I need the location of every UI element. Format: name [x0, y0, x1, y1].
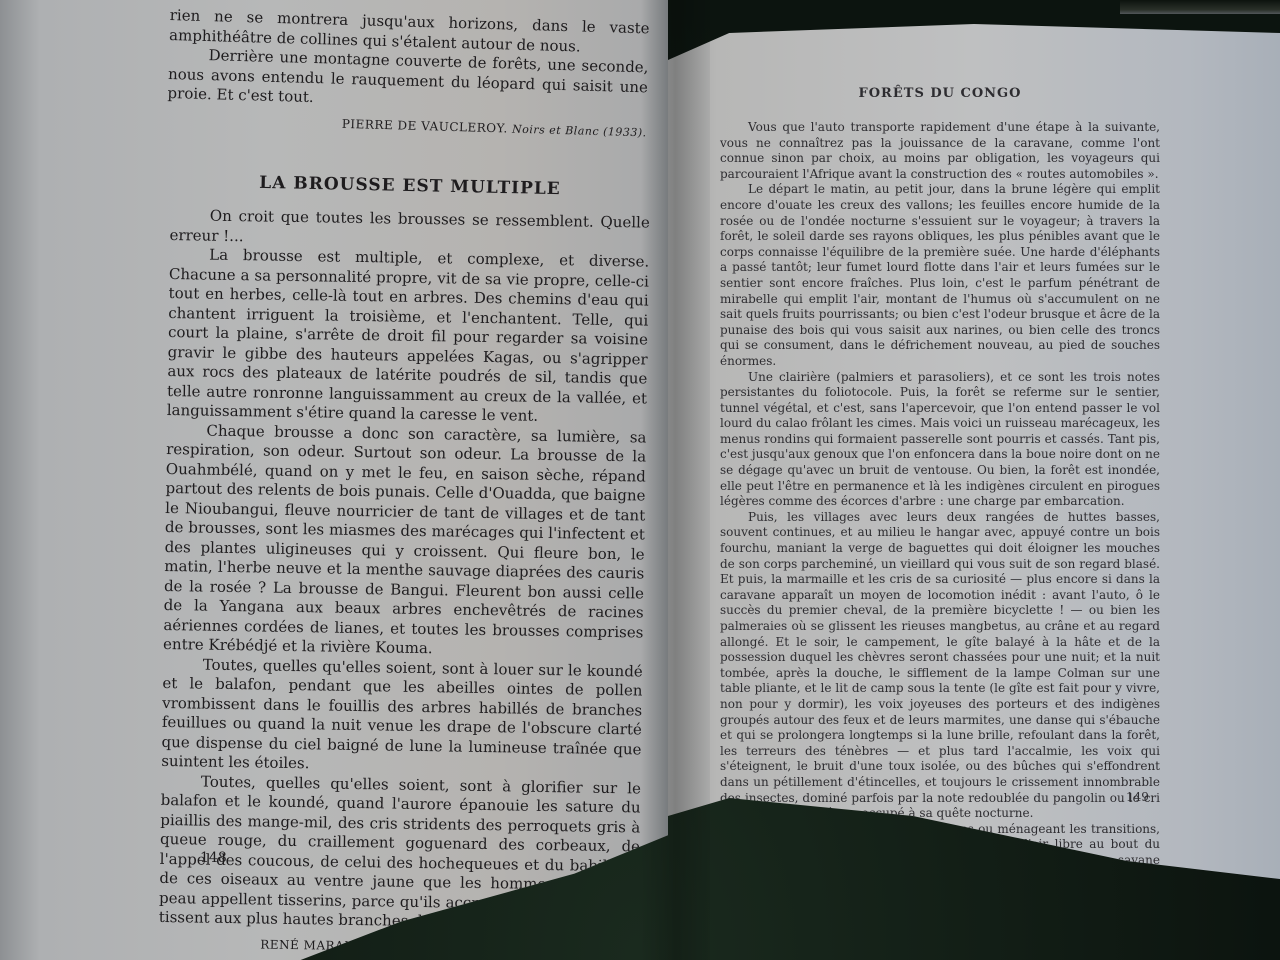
page-number: 149	[1126, 790, 1149, 804]
right-page: FORÊTS DU CONGO Vous que l'auto transpor…	[668, 24, 1280, 924]
paragraph: Puis, les villages avec leurs deux rangé…	[720, 510, 1160, 822]
section-title: FORÊTS DU CONGO	[720, 86, 1160, 101]
attribution-author: PIERRE DE VAUCLEROY.	[342, 116, 508, 135]
paragraph: Le départ le matin, au petit jour, dans …	[720, 182, 1160, 369]
attribution-work: Noirs et Blanc (1933).	[512, 122, 647, 139]
paragraph: Une clairière (palmiers et parasoliers),…	[720, 370, 1160, 510]
page-stack-edge	[1120, 0, 1280, 14]
paragraph: Toutes, quelles qu'elles soient, sont à …	[161, 654, 643, 779]
paragraph: Chaque brousse a donc son caractère, sa …	[163, 420, 647, 662]
continuation-block: rien ne se montrera jusqu'aux horizons, …	[167, 6, 650, 142]
paragraph: La brousse est multiple, et complexe, et…	[167, 245, 650, 428]
paragraph: Vous que l'auto transporte rapidement d'…	[720, 120, 1160, 182]
section-body: On croit que toutes les brousses se ress…	[158, 206, 650, 960]
paragraph: Derrière une montagne couverte de forêts…	[167, 45, 648, 117]
left-page: rien ne se montrera jusqu'aux horizons, …	[0, 0, 668, 960]
section-body: Vous que l'auto transporte rapidement d'…	[720, 120, 1160, 884]
page-number: 148	[200, 850, 227, 866]
section-title: LA BROUSSE EST MULTIPLE	[170, 171, 650, 201]
